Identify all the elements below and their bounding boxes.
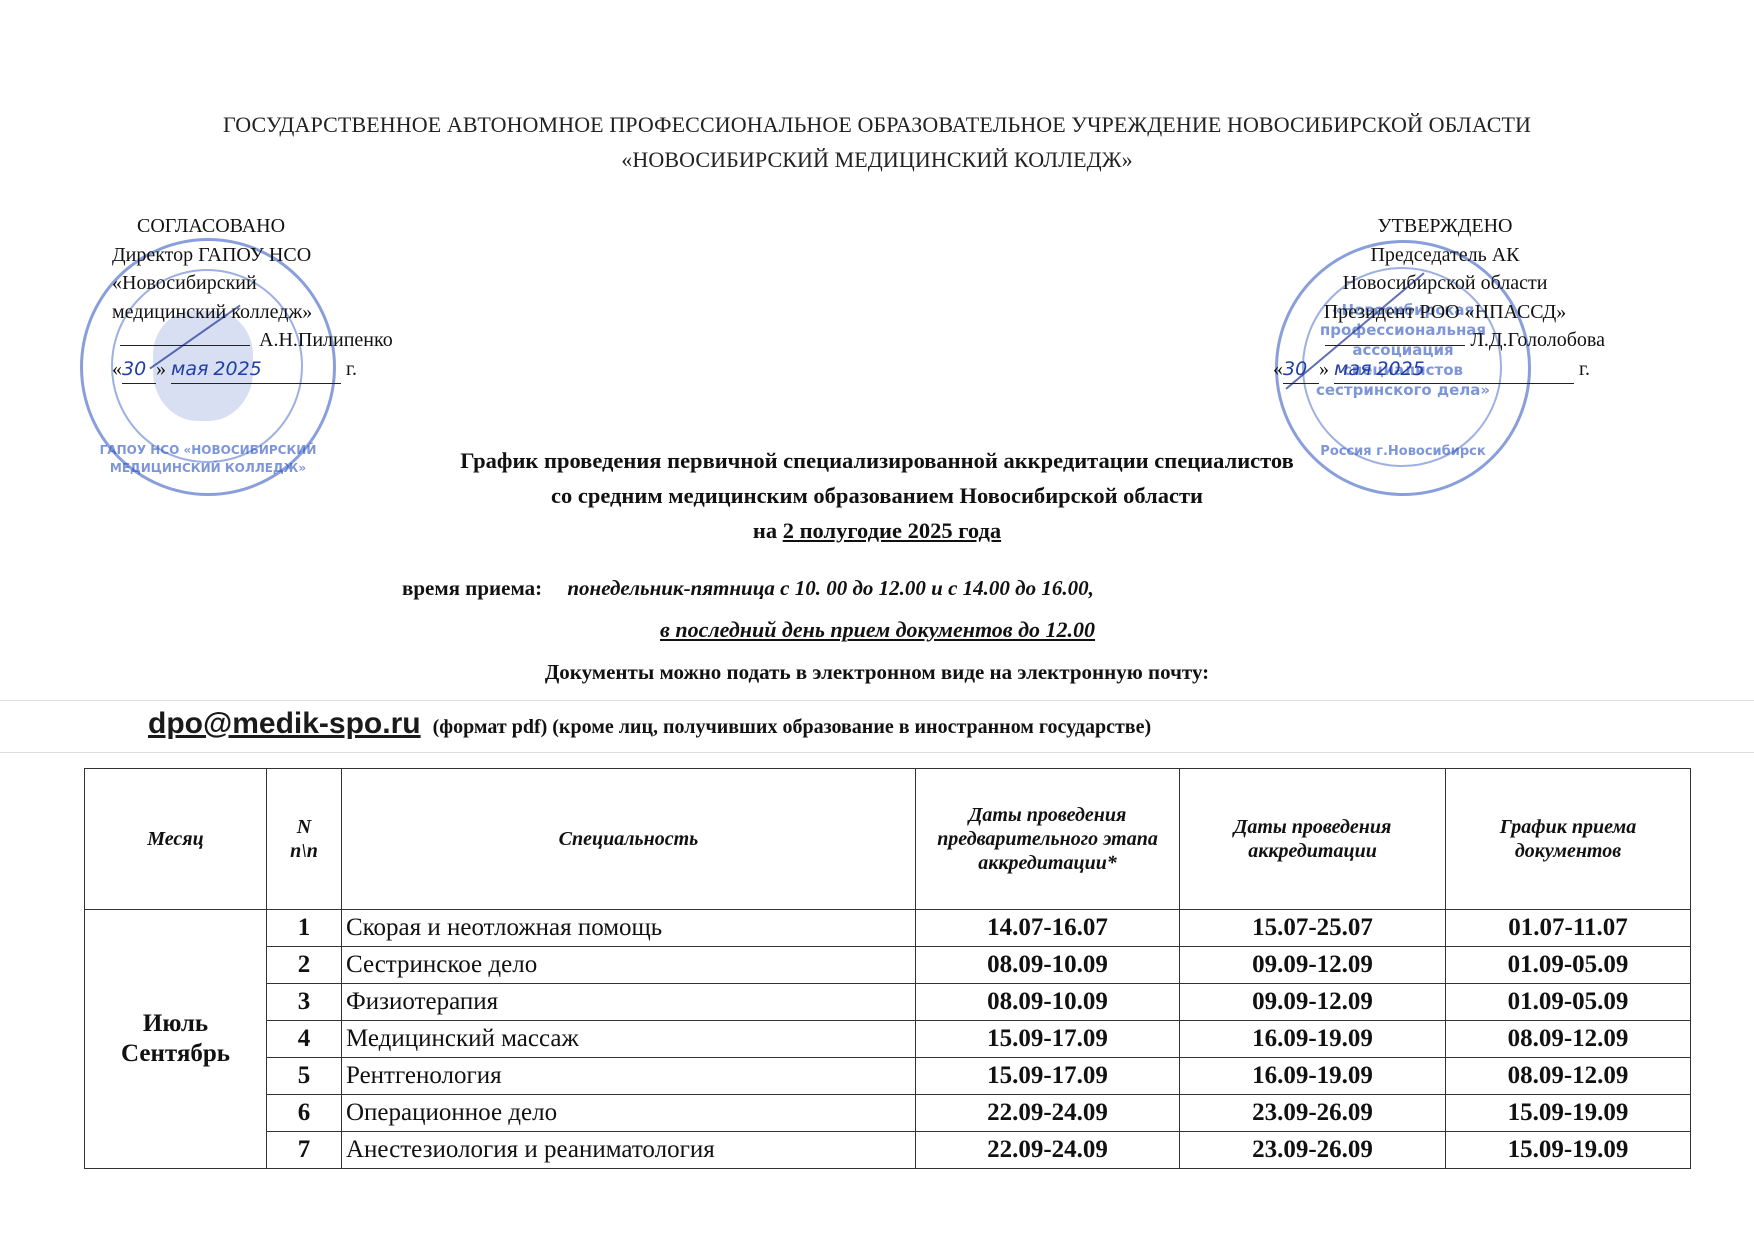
title-period: 2 полугодие 2025 года	[783, 518, 1001, 543]
doc-dates: 01.09-05.09	[1446, 947, 1691, 984]
row-number: 1	[267, 910, 342, 947]
month-label-2: Сентябрь	[89, 1039, 262, 1069]
specialty: Скорая и неотложная помощь	[342, 910, 916, 947]
quote-close: »	[156, 358, 166, 380]
specialty: Сестринское дело	[342, 947, 916, 984]
approval-left-date: «30» мая 2025 г.	[112, 355, 432, 385]
approval-left-heading: СОГЛАСОВАНО	[112, 212, 432, 241]
prelim-dates: 15.09-17.09	[916, 1058, 1180, 1095]
email-link[interactable]: dpo@medik-spo.ru	[148, 707, 421, 740]
approval-right-heading: УТВЕРЖДЕНО	[1255, 212, 1635, 241]
quote-open: «	[112, 358, 122, 380]
table-row: 5 Рентгенология 15.09-17.09 16.09-19.09 …	[85, 1058, 1691, 1095]
quote-close: »	[1319, 358, 1329, 380]
specialty: Медицинский массаж	[342, 1021, 916, 1058]
col-accred-dates: Даты проведения аккредитации	[1180, 769, 1446, 910]
col-number: N п\п	[267, 769, 342, 910]
doc-dates: 15.09-19.09	[1446, 1095, 1691, 1132]
day-handwritten: 30	[122, 358, 146, 380]
doc-dates: 01.09-05.09	[1446, 984, 1691, 1021]
row-number: 3	[267, 984, 342, 1021]
approval-right-signature-row: Л.Д.Гололобова	[1255, 326, 1635, 355]
row-number: 6	[267, 1095, 342, 1132]
scan-line	[0, 700, 1754, 701]
accred-dates: 16.09-19.09	[1180, 1058, 1446, 1095]
schedule-table: Месяц N п\п Специальность Даты проведени…	[84, 768, 1691, 1169]
accred-dates: 23.09-26.09	[1180, 1095, 1446, 1132]
org-name-line2: «НОВОСИБИРСКИЙ МЕДИЦИНСКИЙ КОЛЛЕДЖ»	[0, 147, 1754, 173]
year-handwritten: 2025	[213, 358, 261, 380]
month-label-1: Июль	[89, 1009, 262, 1039]
approval-right-line: Новосибирской области	[1255, 269, 1635, 298]
accred-dates: 15.07-25.07	[1180, 910, 1446, 947]
org-name-line1: ГОСУДАРСТВЕННОЕ АВТОНОМНОЕ ПРОФЕССИОНАЛЬ…	[0, 112, 1754, 138]
row-number: 4	[267, 1021, 342, 1058]
last-day-note: в последний день прием документов до 12.…	[660, 617, 1095, 643]
approval-left: СОГЛАСОВАНО Директор ГАПОУ НСО «Новосиби…	[112, 212, 432, 384]
scan-line	[0, 752, 1754, 753]
col-month: Месяц	[85, 769, 267, 910]
prelim-dates: 08.09-10.09	[916, 984, 1180, 1021]
specialty: Анестезиология и реаниматология	[342, 1132, 916, 1169]
accred-dates: 09.09-12.09	[1180, 947, 1446, 984]
approval-left-line: медицинский колледж»	[112, 298, 432, 327]
table-row: 2 Сестринское дело 08.09-10.09 09.09-12.…	[85, 947, 1691, 984]
doc-title-line2: со средним медицинским образованием Ново…	[0, 483, 1754, 509]
title-prefix: на	[753, 518, 777, 543]
prelim-dates: 15.09-17.09	[916, 1021, 1180, 1058]
approval-right-date: «30» мая 2025 г.	[1255, 355, 1635, 385]
specialty: Рентгенология	[342, 1058, 916, 1095]
reception-hours: время приема: понедельник-пятница с 10. …	[402, 576, 1094, 601]
day-handwritten: 30	[1283, 358, 1307, 380]
approval-left-line: Директор ГАПОУ НСО	[112, 241, 432, 270]
approval-right-line: Президент РОО «НПАССД»	[1255, 298, 1635, 327]
doc-dates: 08.09-12.09	[1446, 1021, 1691, 1058]
documents-note: Документы можно подать в электронном вид…	[0, 660, 1754, 685]
reception-value: понедельник-пятница с 10. 00 до 12.00 и …	[567, 576, 1093, 600]
year-suffix: г.	[1579, 358, 1590, 380]
specialty: Операционное дело	[342, 1095, 916, 1132]
specialty: Физиотерапия	[342, 984, 916, 1021]
doc-dates: 15.09-19.09	[1446, 1132, 1691, 1169]
approval-right-line: Председатель АК	[1255, 241, 1635, 270]
table-header-row: Месяц N п\п Специальность Даты проведени…	[85, 769, 1691, 910]
row-number: 2	[267, 947, 342, 984]
year-handwritten: 2025	[1376, 358, 1424, 380]
month-handwritten: мая	[171, 358, 208, 380]
prelim-dates: 22.09-24.09	[916, 1095, 1180, 1132]
approval-left-signature-row: А.Н.Пилипенко	[112, 326, 432, 355]
prelim-dates: 22.09-24.09	[916, 1132, 1180, 1169]
accred-dates: 09.09-12.09	[1180, 984, 1446, 1021]
table-row: Июль Сентябрь 1 Скорая и неотложная помо…	[85, 910, 1691, 947]
approval-right: УТВЕРЖДЕНО Председатель АК Новосибирской…	[1255, 212, 1635, 384]
accred-dates: 16.09-19.09	[1180, 1021, 1446, 1058]
month-cell: Июль Сентябрь	[85, 910, 267, 1169]
doc-dates: 01.07-11.07	[1446, 910, 1691, 947]
month-handwritten: мая	[1334, 358, 1371, 380]
doc-title-line1: График проведения первичной специализиро…	[0, 448, 1754, 474]
approval-right-signatory: Л.Д.Гололобова	[1470, 329, 1605, 351]
approval-left-signatory: А.Н.Пилипенко	[259, 329, 393, 351]
table-row: 3 Физиотерапия 08.09-10.09 09.09-12.09 0…	[85, 984, 1691, 1021]
doc-dates: 08.09-12.09	[1446, 1058, 1691, 1095]
col-prelim-dates: Даты проведения предварительного этапа а…	[916, 769, 1180, 910]
row-number: 5	[267, 1058, 342, 1095]
table-row: 7 Анестезиология и реаниматология 22.09-…	[85, 1132, 1691, 1169]
row-number: 7	[267, 1132, 342, 1169]
col-number-label: N п\п	[289, 815, 319, 863]
table-row: 4 Медицинский массаж 15.09-17.09 16.09-1…	[85, 1021, 1691, 1058]
quote-open: «	[1273, 358, 1283, 380]
signature-blank	[120, 345, 250, 346]
email-row: dpo@medik-spo.ru (формат pdf) (кроме лиц…	[148, 707, 1151, 741]
prelim-dates: 14.07-16.07	[916, 910, 1180, 947]
accred-dates: 23.09-26.09	[1180, 1132, 1446, 1169]
col-doc-schedule: График приема документов	[1446, 769, 1691, 910]
email-note: (формат pdf) (кроме лиц, получивших обра…	[433, 716, 1152, 738]
reception-label: время приема:	[402, 576, 542, 600]
doc-title-line3: на 2 полугодие 2025 года	[0, 518, 1754, 544]
signature-blank	[1325, 345, 1465, 346]
year-suffix: г.	[346, 358, 357, 380]
col-specialty: Специальность	[342, 769, 916, 910]
prelim-dates: 08.09-10.09	[916, 947, 1180, 984]
approval-left-line: «Новосибирский	[112, 269, 432, 298]
table-row: 6 Операционное дело 22.09-24.09 23.09-26…	[85, 1095, 1691, 1132]
